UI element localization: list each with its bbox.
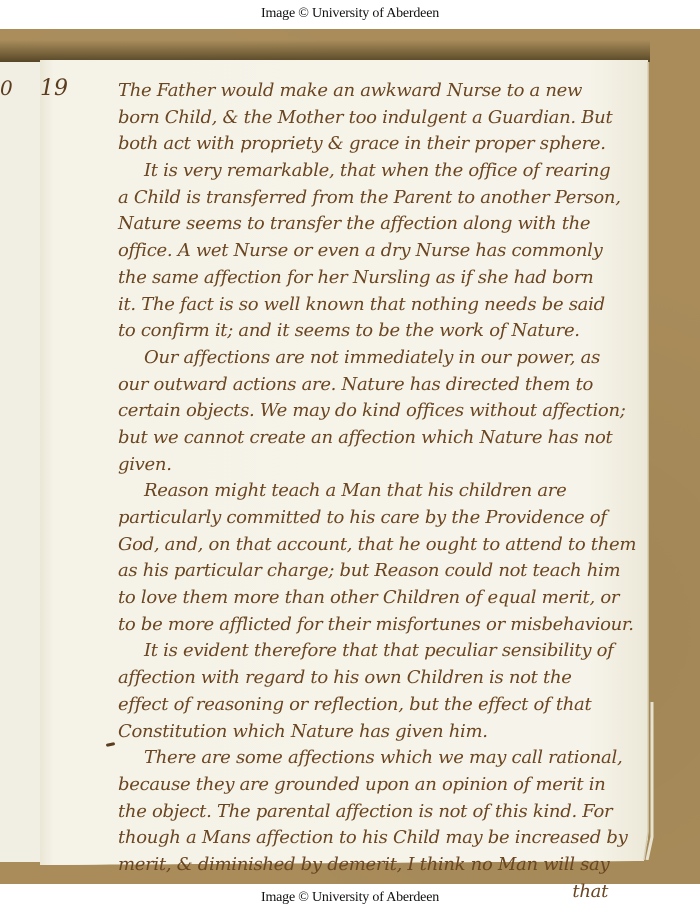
text-line: the object. The parental affection is no… <box>118 799 648 826</box>
text-line: the same affection for her Nursling as i… <box>118 265 648 292</box>
page-number: 19 <box>40 76 68 101</box>
text-line: given. <box>118 452 648 479</box>
paragraph-start-line: There are some affections which we may c… <box>118 745 648 772</box>
text-line: effect of reasoning or reflection, but t… <box>118 692 648 719</box>
facing-page-number-fragment: 0 <box>0 76 13 100</box>
text-line: God, and, on that account, that he ought… <box>118 532 648 559</box>
text-line: born Child, & the Mother too indulgent a… <box>118 105 648 132</box>
paragraph-start-line: It is evident therefore that that peculi… <box>118 638 648 665</box>
text-line: merit, & diminished by demerit, I think … <box>118 852 648 879</box>
text-line: though a Mans affection to his Child may… <box>118 825 648 852</box>
text-line: certain objects. We may do kind offices … <box>118 398 648 425</box>
text-line: to be more afflicted for their misfortun… <box>118 612 648 639</box>
paragraph-start-line: Our affections are not immediately in ou… <box>118 345 648 372</box>
text-line: but we cannot create an affection which … <box>118 425 648 452</box>
text-line: Constitution which Nature has given him. <box>118 719 648 746</box>
text-line: particularly committed to his care by th… <box>118 505 648 532</box>
page-shadow <box>0 40 650 62</box>
text-line: it. The fact is so well known that nothi… <box>118 292 648 319</box>
text-line: our outward actions are. Nature has dire… <box>118 372 648 399</box>
text-line: affection with regard to his own Childre… <box>118 665 648 692</box>
text-line: The Father would make an awkward Nurse t… <box>118 78 648 105</box>
text-line: because they are grounded upon an opinio… <box>118 772 648 799</box>
facing-page-edge <box>0 62 41 862</box>
paragraph-start-line: It is very remarkable, that when the off… <box>118 158 648 185</box>
text-line: both act with propriety & grace in their… <box>118 131 648 158</box>
image-credit-top: Image © University of Aberdeen <box>0 6 700 22</box>
text-line: a Child is transferred from the Parent t… <box>118 185 648 212</box>
manuscript-text: The Father would make an awkward Nurse t… <box>118 78 648 905</box>
text-line: to love them more than other Children of… <box>118 585 648 612</box>
paragraph-start-line: Reason might teach a Man that his childr… <box>118 478 648 505</box>
text-line: office. A wet Nurse or even a dry Nurse … <box>118 238 648 265</box>
text-line: to confirm it; and it seems to be the wo… <box>118 318 648 345</box>
text-line: Nature seems to transfer the affection a… <box>118 211 648 238</box>
text-line: as his particular charge; but Reason cou… <box>118 558 648 585</box>
image-credit-bottom: Image © University of Aberdeen <box>0 890 700 906</box>
